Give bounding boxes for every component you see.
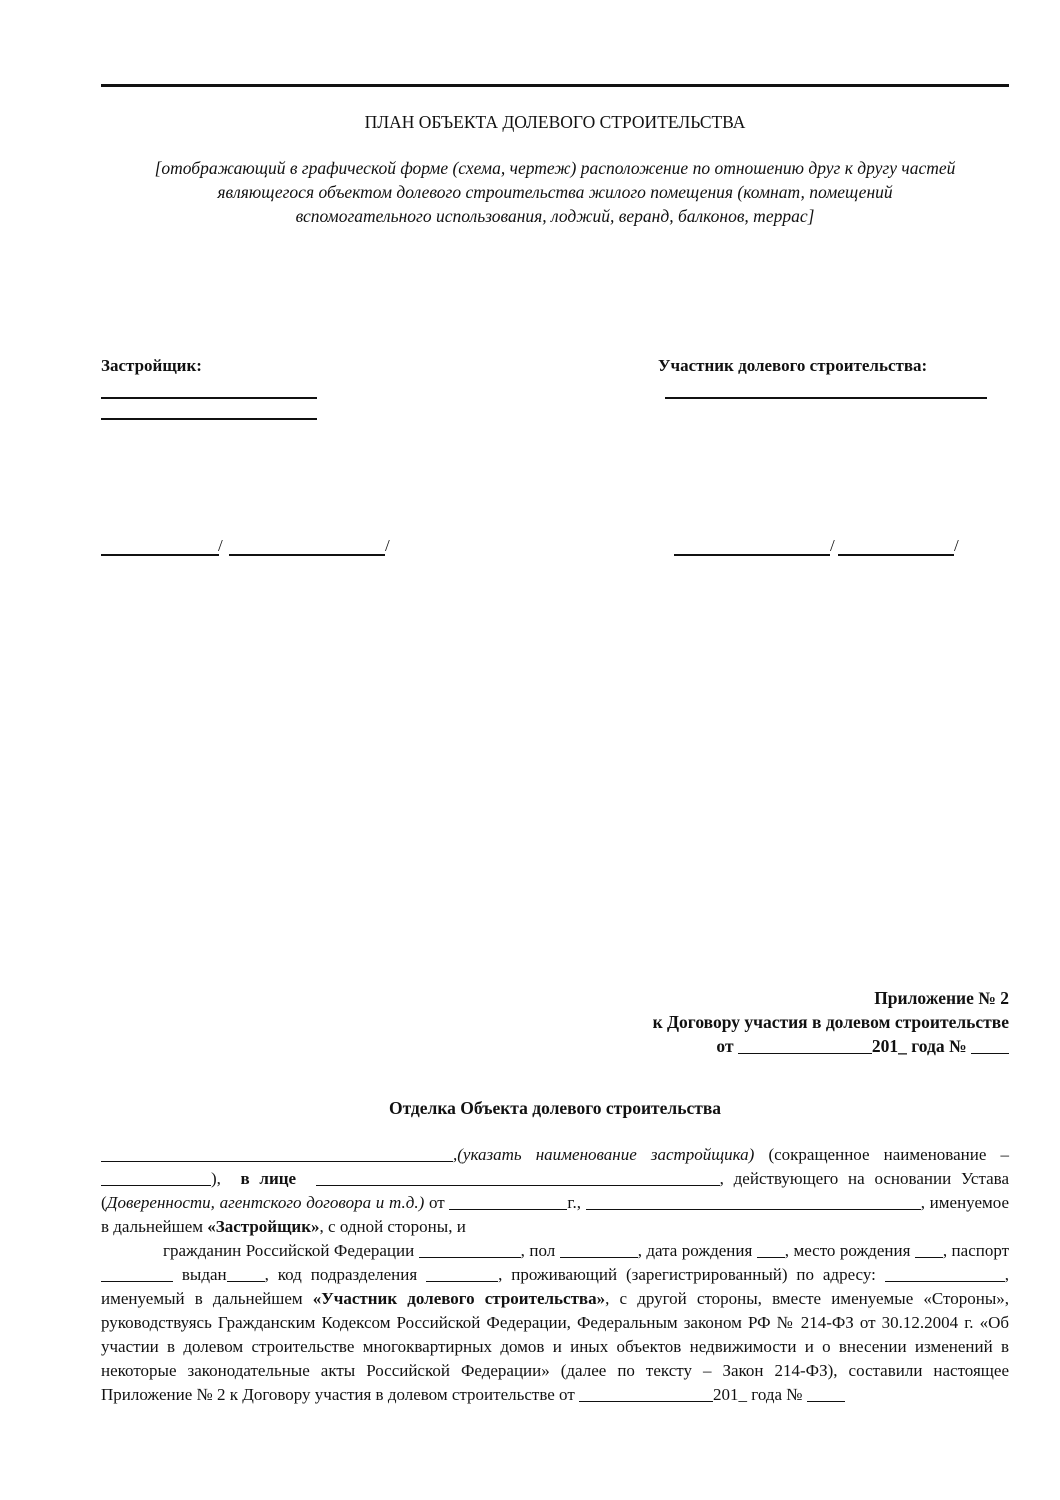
citizen-name-blank xyxy=(419,1240,521,1258)
annex-date-line: от 201_ года № xyxy=(560,1034,1009,1058)
participant-name-line xyxy=(665,397,987,399)
representative-blank xyxy=(316,1168,720,1186)
participant-signature-line xyxy=(674,554,830,556)
section-title: Отделка Объекта долевого строительства xyxy=(101,1098,1009,1119)
plan-title: ПЛАН ОБЪЕКТА ДОЛЕВОГО СТРОИТЕЛЬСТВА xyxy=(101,112,1009,133)
developer-initials-slash: / xyxy=(385,536,390,556)
participant-signature-label: Участник долевого строительства: xyxy=(658,356,927,376)
preamble-text: ,(указать наименование застройщика) (сок… xyxy=(101,1143,1009,1407)
contract-number-blank xyxy=(807,1384,845,1402)
contract-date-blank xyxy=(579,1384,713,1402)
participant-initials-slash: / xyxy=(954,536,959,556)
annex-header: Приложение № 2 к Договору участия в доле… xyxy=(560,986,1009,1058)
subtitle-line: являющегося объектом долевого строительс… xyxy=(101,180,1009,204)
annex-number-blank xyxy=(971,1036,1009,1054)
subtitle-line: вспомогательного использования, лоджий, … xyxy=(101,204,1009,228)
annex-contract-ref: к Договору участия в долевом строительст… xyxy=(560,1010,1009,1034)
annex-date-blank xyxy=(738,1036,872,1054)
participant-initials-line xyxy=(838,554,954,556)
developer-name-line-1 xyxy=(101,397,317,399)
participant-paragraph: гражданин Российской Федерации , пол , д… xyxy=(101,1239,1009,1407)
passport-blank xyxy=(101,1264,173,1282)
developer-name-line-2 xyxy=(101,418,317,420)
top-horizontal-rule xyxy=(101,84,1009,87)
issued-by-blank xyxy=(227,1264,265,1282)
developer-initials-line xyxy=(229,554,385,556)
developer-paragraph: ,(указать наименование застройщика) (сок… xyxy=(101,1143,1009,1239)
address-blank xyxy=(885,1264,1005,1282)
sex-blank xyxy=(560,1240,638,1258)
developer-signature-slash: / xyxy=(218,536,223,556)
participant-signature-slash: / xyxy=(830,536,835,556)
basis-date-blank xyxy=(449,1192,567,1210)
developer-signature-label: Застройщик: xyxy=(101,356,202,376)
annex-number: Приложение № 2 xyxy=(560,986,1009,1010)
developer-signature-line xyxy=(101,554,219,556)
birth-place-blank xyxy=(915,1240,943,1258)
document-page: ПЛАН ОБЪЕКТА ДОЛЕВОГО СТРОИТЕЛЬСТВА [ото… xyxy=(0,0,1060,1500)
birth-date-blank xyxy=(757,1240,785,1258)
plan-subtitle: [отображающий в графической форме (схема… xyxy=(101,156,1009,228)
developer-name-blank xyxy=(101,1144,453,1162)
subtitle-line: [отображающий в графической форме (схема… xyxy=(101,156,1009,180)
developer-name-blank-2 xyxy=(586,1192,921,1210)
short-name-blank xyxy=(101,1168,211,1186)
dept-code-blank xyxy=(426,1264,498,1282)
